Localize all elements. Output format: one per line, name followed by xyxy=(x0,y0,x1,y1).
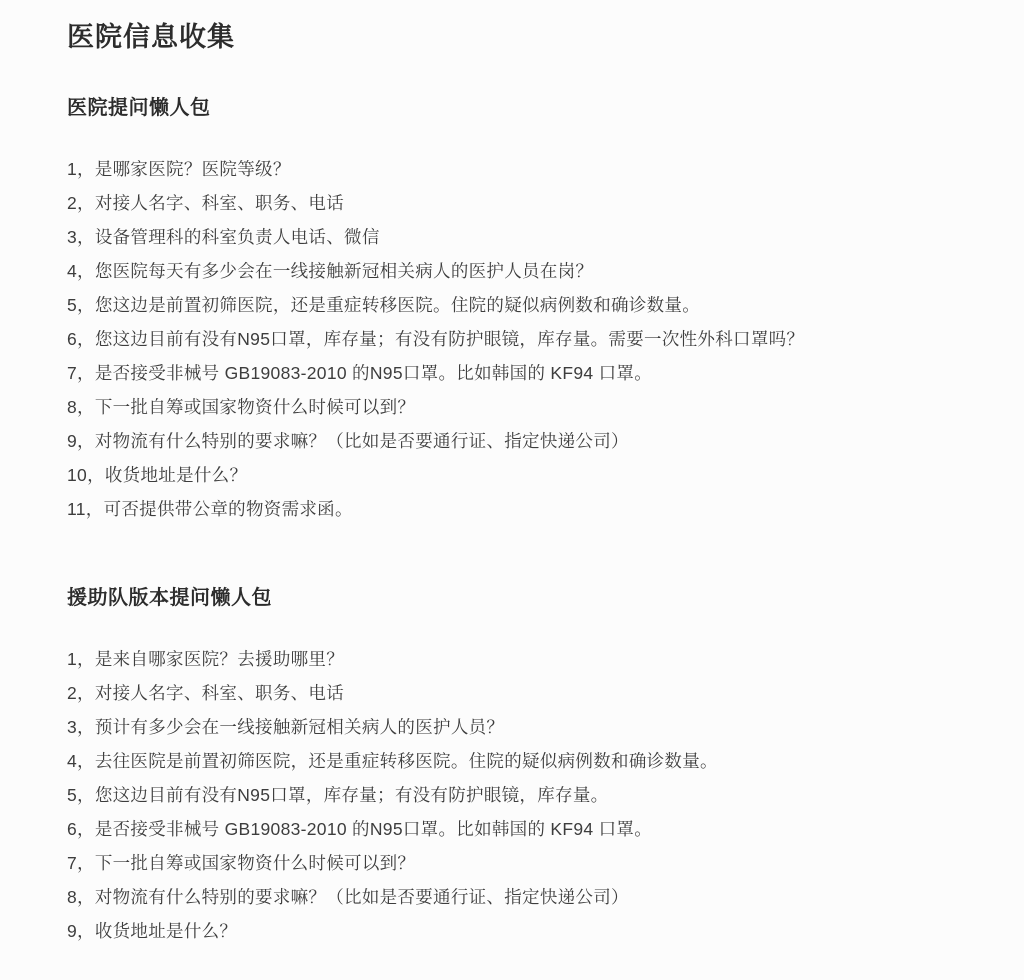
list-item: 4，去往医院是前置初筛医院，还是重症转移医院。住院的疑似病例数和确诊数量。 xyxy=(67,744,986,778)
list-item: 2，对接人名字、科室、职务、电话 xyxy=(67,186,986,220)
list-item: 8，下一批自筹或国家物资什么时候可以到？ xyxy=(67,390,986,424)
page-title: 医院信息收集 xyxy=(67,22,986,52)
list-item: 1，是哪家医院？医院等级？ xyxy=(67,152,986,186)
list-item: 10，收货地址是什么？ xyxy=(67,458,986,492)
list-item: 3，预计有多少会在一线接触新冠相关病人的医护人员？ xyxy=(67,710,986,744)
list-item: 2，对接人名字、科室、职务、电话 xyxy=(67,676,986,710)
list-item: 3，设备管理科的科室负责人电话、微信 xyxy=(67,220,986,254)
list-item: 4，您医院每天有多少会在一线接触新冠相关病人的医护人员在岗？ xyxy=(67,254,986,288)
section-heading: 援助队版本提问懒人包 xyxy=(67,586,986,610)
list-item: 6，您这边目前有没有N95口罩，库存量；有没有防护眼镜，库存量。需要一次性外科口… xyxy=(67,322,986,356)
list-item: 5，您这边是前置初筛医院，还是重症转移医院。住院的疑似病例数和确诊数量。 xyxy=(67,288,986,322)
list-item: 9，对物流有什么特别的要求嘛？（比如是否要通行证、指定快递公司） xyxy=(67,424,986,458)
document: 医院信息收集 医院提问懒人包 1，是哪家医院？医院等级？ 2，对接人名字、科室、… xyxy=(0,0,1024,980)
list-item: 5，您这边目前有没有N95口罩，库存量；有没有防护眼镜，库存量。 xyxy=(67,778,986,812)
list-item: 8，对物流有什么特别的要求嘛？（比如是否要通行证、指定快递公司） xyxy=(67,880,986,914)
question-list: 1，是哪家医院？医院等级？ 2，对接人名字、科室、职务、电话 3，设备管理科的科… xyxy=(67,152,986,526)
list-item: 1，是来自哪家医院？去援助哪里？ xyxy=(67,642,986,676)
section-hospital-questions: 医院提问懒人包 1，是哪家医院？医院等级？ 2，对接人名字、科室、职务、电话 3… xyxy=(67,96,986,526)
question-list: 1，是来自哪家医院？去援助哪里？ 2，对接人名字、科室、职务、电话 3，预计有多… xyxy=(67,642,986,948)
section-aid-team-questions: 援助队版本提问懒人包 1，是来自哪家医院？去援助哪里？ 2，对接人名字、科室、职… xyxy=(67,586,986,948)
section-heading: 医院提问懒人包 xyxy=(67,96,986,120)
list-item: 7，下一批自筹或国家物资什么时候可以到？ xyxy=(67,846,986,880)
list-item: 7，是否接受非械号 GB19083-2010 的N95口罩。比如韩国的 KF94… xyxy=(67,356,986,390)
list-item: 6，是否接受非械号 GB19083-2010 的N95口罩。比如韩国的 KF94… xyxy=(67,812,986,846)
list-item: 9，收货地址是什么？ xyxy=(67,914,986,948)
list-item: 11，可否提供带公章的物资需求函。 xyxy=(67,492,986,526)
